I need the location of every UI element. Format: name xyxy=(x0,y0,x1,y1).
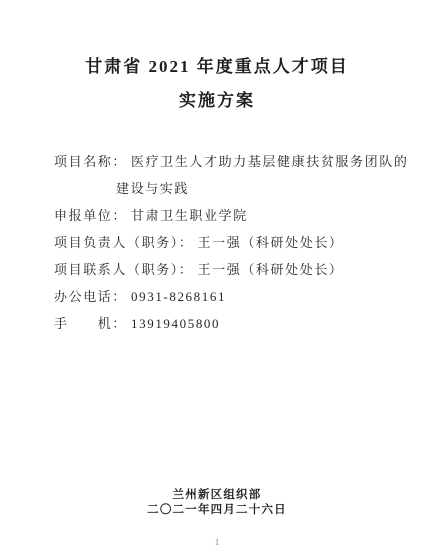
office-phone-value: 0931-8268161 xyxy=(131,289,226,304)
title-line-1: 甘肃省 2021 年度重点人才项目 xyxy=(0,50,434,84)
project-contact-value: 王一强（科研处处长） xyxy=(198,262,344,277)
applicant-unit-label: 申报单位： xyxy=(54,208,131,223)
mobile-phone-value: 13919405800 xyxy=(131,316,220,331)
page-number: 1 xyxy=(0,537,434,547)
field-applicant-unit: 申报单位：甘肃卫生职业学院 xyxy=(54,202,410,229)
project-leader-value: 王一强（科研处处长） xyxy=(198,235,344,250)
document-footer: 兰州新区组织部 二〇二一年四月二十六日 xyxy=(0,488,434,518)
document-page: 甘肃省 2021 年度重点人才项目 实施方案 项目名称：医疗卫生人才助力基层健康… xyxy=(0,0,434,560)
document-title: 甘肃省 2021 年度重点人才项目 实施方案 xyxy=(0,50,434,118)
field-project-leader: 项目负责人（职务）：王一强（科研处处长） xyxy=(54,229,410,256)
project-name-label: 项目名称： xyxy=(54,154,131,169)
field-mobile-phone: 手 机：13919405800 xyxy=(54,310,410,337)
mobile-phone-label: 手 机： xyxy=(54,316,131,331)
footer-date: 二〇二一年四月二十六日 xyxy=(0,503,434,518)
field-project-name-continuation: 建设与实践 xyxy=(54,175,410,202)
project-contact-label: 项目联系人（职务）： xyxy=(54,262,198,277)
document-fields: 项目名称：医疗卫生人才助力基层健康扶贫服务团队的 建设与实践 申报单位：甘肃卫生… xyxy=(54,148,410,337)
title-line-2: 实施方案 xyxy=(0,84,434,118)
field-project-name: 项目名称：医疗卫生人才助力基层健康扶贫服务团队的 xyxy=(54,148,410,175)
field-project-contact: 项目联系人（职务）：王一强（科研处处长） xyxy=(54,256,410,283)
project-leader-label: 项目负责人（职务）： xyxy=(54,235,198,250)
project-name-value-line1: 医疗卫生人才助力基层健康扶贫服务团队的 xyxy=(131,154,408,169)
office-phone-label: 办公电话： xyxy=(54,289,131,304)
footer-organization: 兰州新区组织部 xyxy=(0,488,434,503)
project-name-value-line2: 建设与实践 xyxy=(116,181,189,196)
applicant-unit-value: 甘肃卫生职业学院 xyxy=(131,208,248,223)
field-office-phone: 办公电话：0931-8268161 xyxy=(54,283,410,310)
